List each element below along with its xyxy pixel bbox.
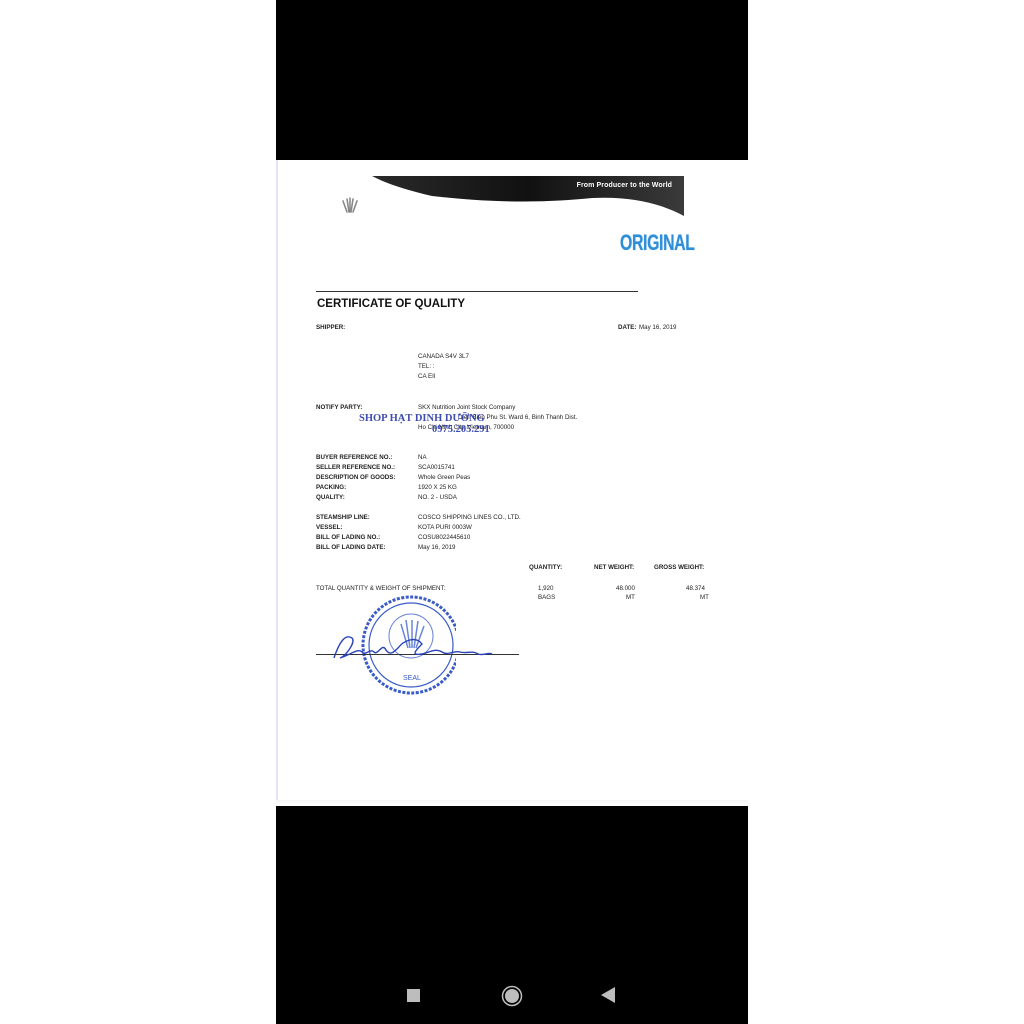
page-edge [276,800,748,806]
shop-watermark-phone: 0975.205.291 [432,424,490,435]
field-label: SELLER REFERENCE NO.: [316,464,395,471]
home-circle-icon[interactable] [501,985,523,1007]
net-weight-unit: MT [626,594,635,601]
shipping-value: COSU8022445610 [418,534,470,541]
field-value: NA [418,454,427,461]
signature [326,630,496,669]
wheat-logo-icon [340,196,360,216]
shipping-value: May 16, 2019 [418,544,456,551]
shipper-address-line: CA EII [418,373,436,380]
gross-weight-unit: MT [700,594,709,601]
field-label: BUYER REFERENCE NO.: [316,454,392,461]
field-value: Whole Green Peas [418,474,470,481]
header-banner: From Producer to the World [372,176,684,216]
field-value: 1920 X 25 KG [418,484,457,491]
header-divider [316,291,638,292]
field-value: NO. 2 - USDA [418,494,457,501]
certificate-document: From Producer to the World ORIGINAL CERT… [276,160,748,806]
recents-square-icon[interactable] [407,989,420,1002]
field-label: PACKING: [316,484,346,491]
field-value: SCA0015741 [418,464,455,471]
net-weight-value: 48.000 [616,585,635,592]
quantity-value: 1,920 [538,585,553,592]
date-value: May 16, 2019 [639,324,677,331]
shipping-label: VESSEL: [316,524,342,531]
gross-weight-value: 48.374 [686,585,705,592]
notify-party-line: SKX Nutrition Joint Stock Company [418,404,515,411]
quantity-unit: BAGS [538,594,555,601]
seal-text: SEAL [403,675,421,682]
field-label: DESCRIPTION OF GOODS: [316,474,395,481]
field-label: QUALITY: [316,494,345,501]
shipper-address-line: CANADA S4V 3L7 [418,353,469,360]
date-label: DATE: [618,324,636,331]
shipping-value: KOTA PURI 0003W [418,524,472,531]
page-title: CERTIFICATE OF QUALITY [317,298,465,310]
quantity-header: QUANTITY: [529,564,562,571]
shipping-label: STEAMSHIP LINE: [316,514,370,521]
original-stamp: ORIGINAL [620,230,695,256]
gross-weight-header: GROSS WEIGHT: [654,564,704,571]
shipping-label: BILL OF LADING DATE: [316,544,386,551]
shipper-address-line: TEL: : [418,363,435,370]
notify-party-label: NOTIFY PARTY: [316,404,362,411]
shipping-value: COSCO SHIPPING LINES CO., LTD. [418,514,521,521]
net-weight-header: NET WEIGHT: [594,564,634,571]
shop-watermark-name: SHOP HẠT DINH DƯỠNG [359,413,485,424]
shipper-label: SHIPPER: [316,324,345,331]
back-triangle-icon[interactable] [601,987,615,1003]
shipping-label: BILL OF LADING NO.: [316,534,380,541]
banner-tagline: From Producer to the World [577,182,672,189]
